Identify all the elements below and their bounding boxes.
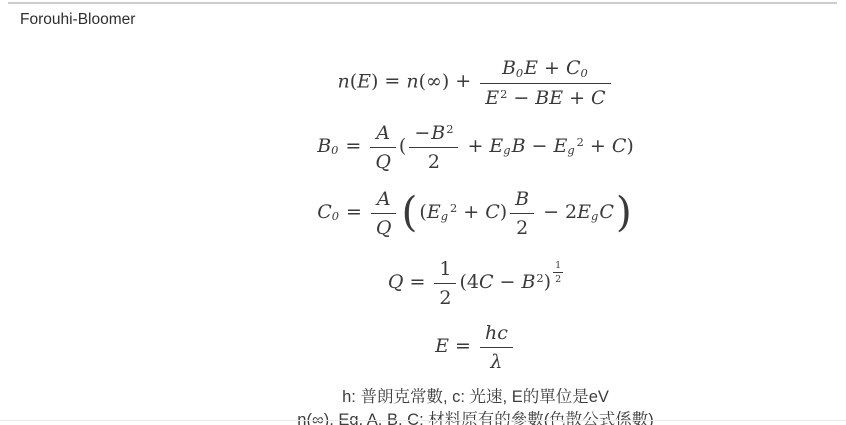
math-token: + [463,201,479,223]
math-token: ( [401,194,417,231]
math-token: = [345,135,361,157]
math-token: 2 [516,217,528,239]
math-token: B [317,135,331,157]
fraction-numerator: A [370,121,396,148]
fraction-denominator: 2 [409,148,458,173]
math-token: Q [375,151,391,173]
math-fraction: AQ [370,121,396,173]
math-token: E [485,87,499,109]
math-token: − [543,201,559,223]
math-token: + [455,70,471,92]
math-token: ) [442,70,449,92]
math-token: + [569,87,585,109]
math-token: C [612,135,627,157]
fraction-numerator: B0E+C0 [480,56,610,84]
equation-energy: E=hcλ [105,321,846,373]
document-page: Forouhi-Bloomer n(E)=n(∞)+B0E+C0E2−BE+C … [0,0,846,425]
math-token: A [376,122,390,144]
fraction-numerator: 1 [434,257,456,284]
math-token: C [599,201,614,223]
fraction-numerator: hc [480,321,513,348]
math-token: − [414,122,430,144]
formula-area: n(E)=n(∞)+B0E+C0E2−BE+C B0=AQ(−B22+EgB−E… [0,56,846,425]
fraction-denominator: 2 [434,284,456,309]
math-token: 2 [500,87,507,101]
math-token: g [503,143,510,157]
math-token: E [427,201,441,223]
math-token: = [346,201,362,223]
footnote-constants: h: 普朗克常數, c: 光速, E的單位是eV [105,387,846,408]
equation-Q: Q=12(4C−B2)12 [105,257,846,309]
math-fraction: 12 [434,257,456,309]
math-token: BE [535,87,563,109]
math-token: B [431,122,445,144]
math-token: + [544,57,560,79]
math-token: 2 [536,271,543,285]
fraction-denominator: 2 [553,273,563,285]
math-token: ∞ [426,70,442,92]
math-token: ( [419,201,426,223]
math-token: hc [485,322,508,344]
math-token: ) [544,271,551,293]
exponent-fraction: 12 [553,260,563,285]
math-token: 2 [450,201,457,215]
math-token: n [406,70,418,92]
fraction-numerator: −B2 [409,121,458,148]
fraction-numerator: A [371,187,397,214]
math-token: ) [371,70,378,92]
footnote-parameters: n(∞), Eg, A, B, C: 材料原有的參數(色散公式係數) [105,410,846,425]
math-token: C [479,271,494,293]
math-token: B [515,188,529,210]
math-token: B [502,57,516,79]
math-token: ( [459,271,466,293]
math-token: g [441,209,448,223]
math-token: Q [376,217,392,239]
math-token: Q [388,271,404,293]
math-token: C [485,201,500,223]
math-token: + [467,135,483,157]
math-token: E [435,335,449,357]
math-token: g [591,209,598,223]
math-token: = [455,335,471,357]
math-token: E [524,57,538,79]
bottom-divider [0,420,846,421]
math-token: + [590,135,606,157]
math-token: E [577,201,591,223]
math-token: E [553,135,567,157]
math-token: λ [490,351,502,373]
math-token: = [409,271,425,293]
math-fraction: hcλ [480,321,513,373]
math-token: = [384,70,400,92]
fraction-denominator: 2 [510,214,534,239]
math-token: A [377,188,391,210]
math-token: B [521,271,535,293]
math-token: C [317,201,332,223]
math-token: 2 [439,287,451,309]
math-token: 2 [577,135,584,149]
equation-refractive-index: n(E)=n(∞)+B0E+C0E2−BE+C [105,56,846,109]
fraction-denominator: Q [371,214,397,239]
math-token: 0 [581,66,588,80]
math-token: 0 [516,66,523,80]
fraction-numerator: 1 [553,260,563,273]
fraction-denominator: E2−BE+C [480,84,610,109]
page-title: Forouhi-Bloomer [0,0,846,30]
math-token: ) [626,135,633,157]
math-token: 4 [467,271,479,293]
math-token: ( [419,70,426,92]
top-divider [8,2,837,4]
math-token: 2 [565,201,577,223]
math-token: ) [500,201,507,223]
math-fraction: B0E+C0E2−BE+C [480,56,610,109]
equation-C0: C0=AQ((Eg2+C)B2−2EgC) [105,187,846,239]
math-token: 0 [331,143,338,157]
math-fraction: −B22 [409,121,458,173]
fraction-denominator: λ [480,348,513,373]
math-token: 2 [446,122,453,136]
math-token: − [513,87,529,109]
math-token: E [489,135,503,157]
math-fraction: B2 [510,187,534,239]
fraction-numerator: B [510,187,534,214]
math-token: ( [399,135,406,157]
math-token: n [337,70,349,92]
math-token: E [357,70,371,92]
math-token: ( [350,70,357,92]
math-token: g [567,143,574,157]
math-token: ) [616,194,632,231]
math-fraction: AQ [371,187,397,239]
equation-B0: B0=AQ(−B22+EgB−Eg2+C) [105,121,846,173]
math-token: 1 [439,258,451,280]
math-token: B [512,135,526,157]
math-token: C [566,57,581,79]
math-token: − [532,135,548,157]
math-token: − [500,271,516,293]
math-token: C [591,87,606,109]
fraction-denominator: Q [370,148,396,173]
math-token: 0 [332,209,339,223]
math-token: 2 [428,151,440,173]
